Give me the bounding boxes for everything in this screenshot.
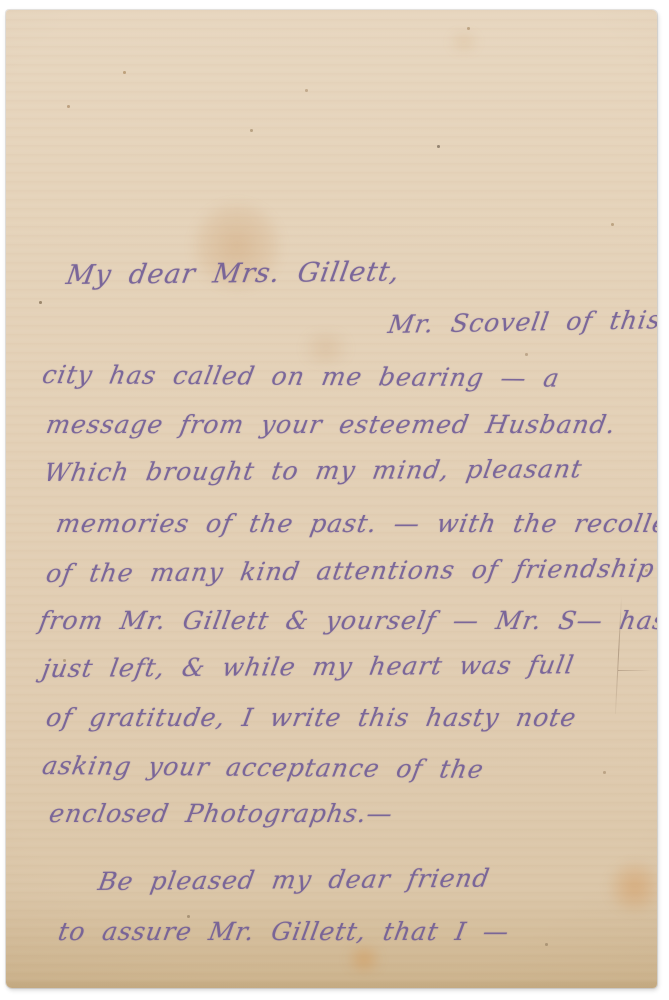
letter-line: from Mr. Gillett & yourself — Mr. S— has: [37, 606, 657, 635]
foxing-dots: [6, 10, 7, 11]
letter-line: enclosed Photographs.—: [47, 799, 395, 828]
paper-vignette: [6, 10, 657, 988]
stain: [342, 946, 386, 972]
letter-line: Be pleased my dear friend: [96, 864, 492, 896]
stain: [606, 862, 657, 912]
letter-greeting: My dear Mrs. Gillett,: [64, 257, 402, 291]
letter-paper: My dear Mrs. Gillett, Mr. Scovell of thi…: [6, 10, 657, 988]
letter-line: of the many kind attentions of friendshi…: [44, 554, 657, 588]
letter-line: message from your esteemed Husband.: [44, 410, 618, 439]
letter-line: memories of the past. — with the recolle…: [54, 509, 657, 538]
letter-line: Mr. Scovell of this: [386, 305, 657, 339]
letter-line: just left, & while my heart was full: [40, 650, 577, 683]
stain: [444, 32, 484, 52]
scan-background: My dear Mrs. Gillett, Mr. Scovell of thi…: [0, 0, 669, 1000]
letter-line: Which brought to my mind, pleasant: [42, 454, 585, 487]
stain: [294, 332, 358, 364]
letter-line: city has called on me bearing — a: [40, 360, 562, 393]
letter-line: of gratitude, I write this hasty note: [44, 703, 579, 732]
letter-line: asking your acceptance of the: [40, 751, 486, 784]
crease-line: [618, 670, 652, 671]
letter-line: to assure Mr. Gillett, that I —: [56, 917, 512, 946]
